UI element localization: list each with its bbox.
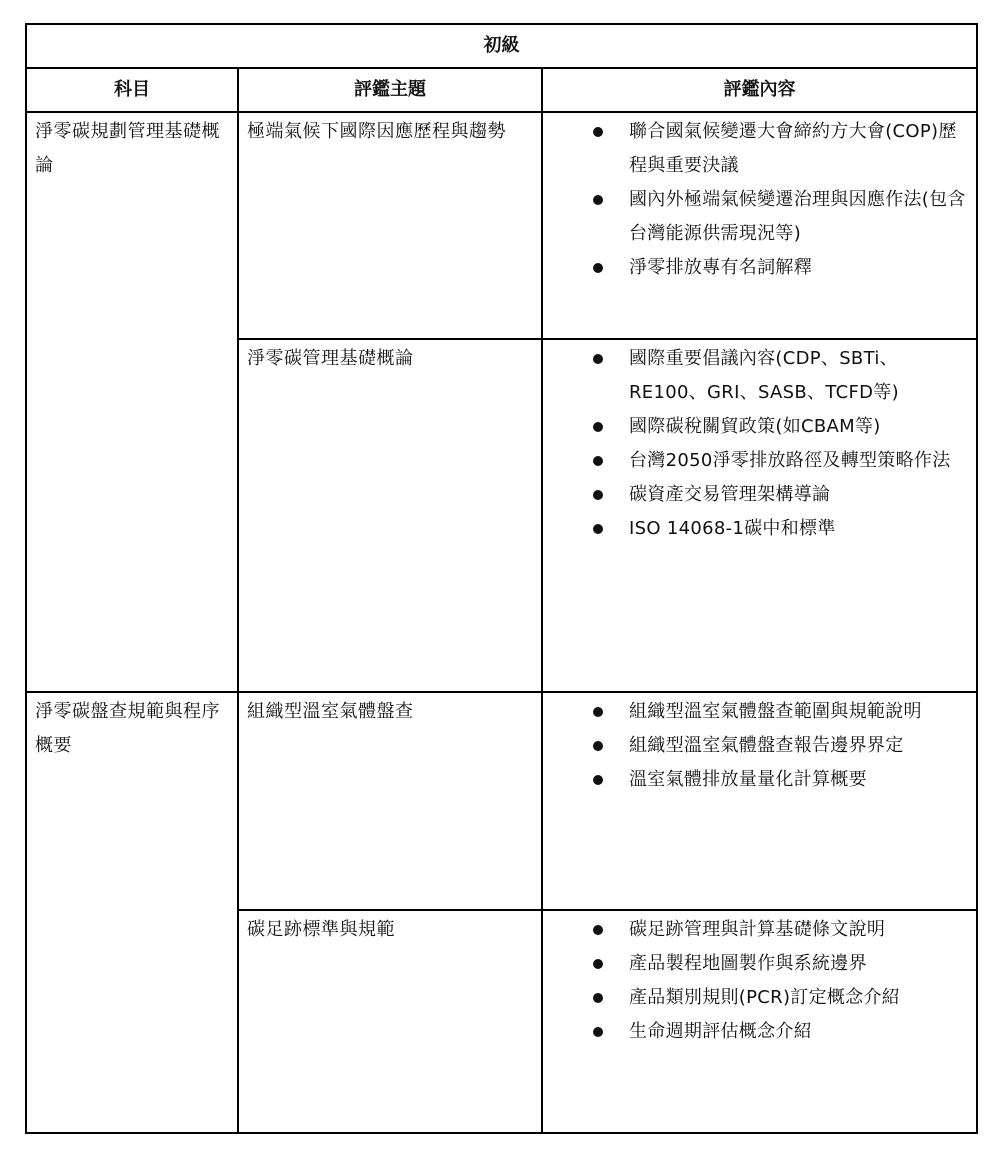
list-item: 國際碳稅關貿政策(如CBAM等) — [543, 410, 970, 444]
content-cell: 聯合國氣候變遷大會締約方大會(COP)歷程與重要決議 國內外極端氣候變遷治理與因… — [542, 112, 977, 339]
content-cell: 碳足跡管理與計算基礎條文說明 產品製程地圖製作與系統邊界 產品類別規則(PCR)… — [542, 910, 977, 1133]
content-list: 碳足跡管理與計算基礎條文說明 產品製程地圖製作與系統邊界 產品類別規則(PCR)… — [543, 911, 976, 1049]
column-header-topic: 評鑑主題 — [238, 68, 542, 112]
topic-name: 碳足跡標準與規範 — [239, 911, 541, 947]
list-item-text: 產品製程地圖製作與系統邊界 — [629, 953, 867, 974]
topic-cell: 極端氣候下國際因應歷程與趨勢 — [238, 112, 542, 339]
content-list: 組織型溫室氣體盤查範圍與規範說明 組織型溫室氣體盤查報告邊界界定 溫室氣體排放量… — [543, 693, 976, 797]
list-item: 溫室氣體排放量量化計算概要 — [543, 763, 970, 797]
subject-name: 淨零碳規劃管理基礎概論 — [27, 113, 237, 183]
bullet-icon — [593, 707, 603, 717]
bullet-icon — [593, 925, 603, 935]
bullet-icon — [593, 524, 603, 534]
list-item: 產品製程地圖製作與系統邊界 — [543, 947, 970, 981]
list-item-text: 國際重要倡議內容(CDP、SBTi、RE100、GRI、SASB、TCFD等) — [629, 348, 899, 403]
list-item: 台灣2050淨零排放路徑及轉型策略作法 — [543, 444, 970, 478]
list-item-text: 碳資產交易管理架構導論 — [629, 484, 830, 505]
bullet-icon — [593, 422, 603, 432]
bullet-icon — [593, 263, 603, 273]
topic-cell: 組織型溫室氣體盤查 — [238, 692, 542, 910]
content-list: 聯合國氣候變遷大會締約方大會(COP)歷程與重要決議 國內外極端氣候變遷治理與因… — [543, 113, 976, 285]
list-item-text: 國際碳稅關貿政策(如CBAM等) — [629, 416, 881, 437]
bullet-icon — [593, 993, 603, 1003]
list-item: 聯合國氣候變遷大會締約方大會(COP)歷程與重要決議 — [543, 115, 970, 183]
table-row: 淨零碳規劃管理基礎概論 極端氣候下國際因應歷程與趨勢 聯合國氣候變遷大會締約方大… — [26, 112, 977, 339]
topic-name: 極端氣候下國際因應歷程與趨勢 — [239, 113, 541, 149]
table-title: 初級 — [26, 24, 977, 68]
bullet-icon — [593, 741, 603, 751]
list-item-text: 淨零排放專有名詞解釋 — [629, 257, 812, 278]
topic-name: 淨零碳管理基礎概論 — [239, 340, 541, 376]
bullet-icon — [593, 127, 603, 137]
list-item-text: 組織型溫室氣體盤查報告邊界界定 — [629, 735, 904, 756]
list-item-text: 碳足跡管理與計算基礎條文說明 — [629, 919, 885, 940]
list-item-text: ISO 14068-1碳中和標準 — [629, 518, 836, 539]
bullet-icon — [593, 1027, 603, 1037]
list-item-text: 溫室氣體排放量量化計算概要 — [629, 769, 867, 790]
curriculum-table: 初級 科目 評鑑主題 評鑑內容 淨零碳規劃管理基礎概論 極端氣候下國際因應歷程與… — [25, 23, 978, 1134]
content-cell: 組織型溫室氣體盤查範圍與規範說明 組織型溫室氣體盤查報告邊界界定 溫室氣體排放量… — [542, 692, 977, 910]
topic-cell: 碳足跡標準與規範 — [238, 910, 542, 1133]
subject-name: 淨零碳盤查規範與程序概要 — [27, 693, 237, 763]
bullet-icon — [593, 490, 603, 500]
list-item-text: 台灣2050淨零排放路徑及轉型策略作法 — [629, 450, 951, 471]
list-item: 產品類別規則(PCR)訂定概念介紹 — [543, 981, 970, 1015]
bullet-icon — [593, 354, 603, 364]
list-item-text: 生命週期評估概念介紹 — [629, 1021, 812, 1042]
bullet-icon — [593, 456, 603, 466]
list-item-text: 聯合國氣候變遷大會締約方大會(COP)歷程與重要決議 — [629, 121, 957, 176]
content-cell: 國際重要倡議內容(CDP、SBTi、RE100、GRI、SASB、TCFD等) … — [542, 339, 977, 692]
list-item: 國際重要倡議內容(CDP、SBTi、RE100、GRI、SASB、TCFD等) — [543, 342, 970, 410]
list-item: 組織型溫室氣體盤查範圍與規範說明 — [543, 695, 970, 729]
header-row: 科目 評鑑主題 評鑑內容 — [26, 68, 977, 112]
topic-cell: 淨零碳管理基礎概論 — [238, 339, 542, 692]
list-item: 國內外極端氣候變遷治理與因應作法(包含台灣能源供需現況等) — [543, 183, 970, 251]
list-item: 淨零排放專有名詞解釋 — [543, 251, 970, 285]
topic-name: 組織型溫室氣體盤查 — [239, 693, 541, 729]
column-header-subject: 科目 — [26, 68, 238, 112]
content-list: 國際重要倡議內容(CDP、SBTi、RE100、GRI、SASB、TCFD等) … — [543, 340, 976, 546]
list-item: 組織型溫室氣體盤查報告邊界界定 — [543, 729, 970, 763]
list-item: 碳足跡管理與計算基礎條文說明 — [543, 913, 970, 947]
bullet-icon — [593, 959, 603, 969]
list-item: ISO 14068-1碳中和標準 — [543, 512, 970, 546]
bullet-icon — [593, 195, 603, 205]
list-item-text: 組織型溫室氣體盤查範圍與規範說明 — [629, 701, 922, 722]
list-item: 生命週期評估概念介紹 — [543, 1015, 970, 1049]
list-item-text: 產品類別規則(PCR)訂定概念介紹 — [629, 987, 900, 1008]
subject-cell: 淨零碳盤查規範與程序概要 — [26, 692, 238, 1133]
list-item: 碳資產交易管理架構導論 — [543, 478, 970, 512]
title-row: 初級 — [26, 24, 977, 68]
subject-cell: 淨零碳規劃管理基礎概論 — [26, 112, 238, 692]
column-header-content: 評鑑內容 — [542, 68, 977, 112]
bullet-icon — [593, 775, 603, 785]
list-item-text: 國內外極端氣候變遷治理與因應作法(包含台灣能源供需現況等) — [629, 189, 966, 244]
table-row: 淨零碳盤查規範與程序概要 組織型溫室氣體盤查 組織型溫室氣體盤查範圍與規範說明 … — [26, 692, 977, 910]
